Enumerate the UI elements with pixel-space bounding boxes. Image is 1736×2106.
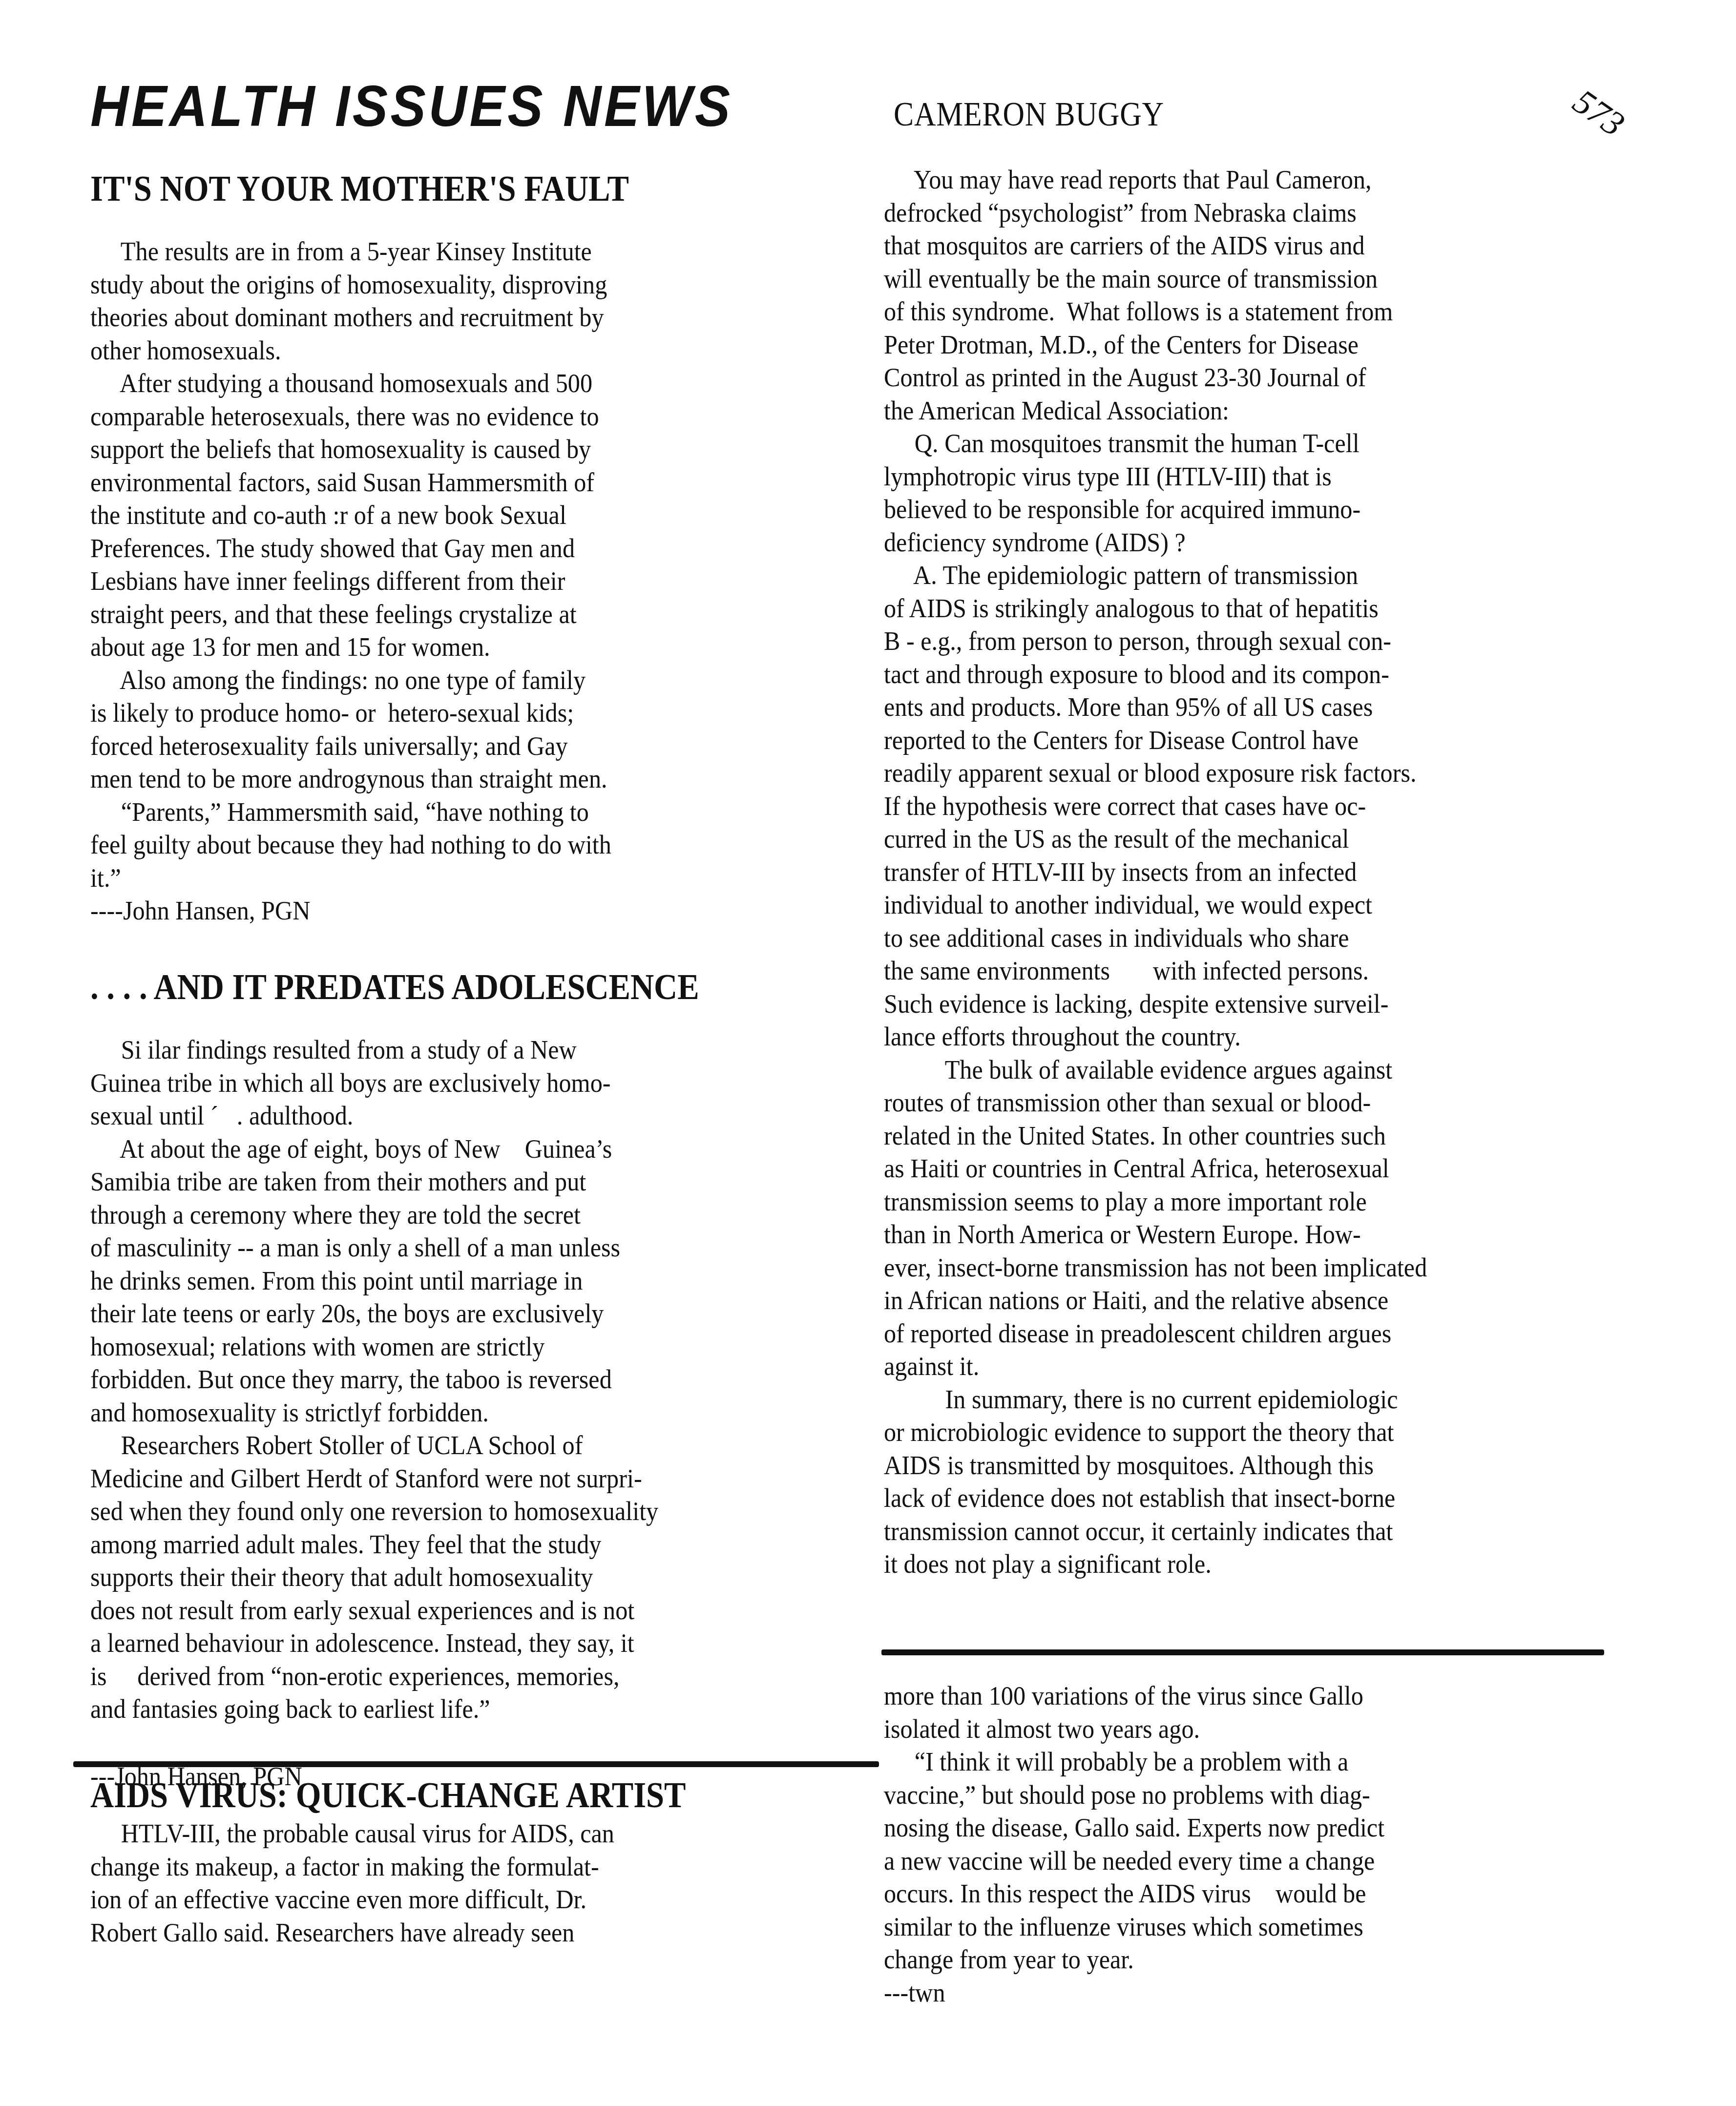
text-line: and homosexuality is strictlyf forbidden… [90,1397,808,1430]
text-line: through a ceremony where they are told t… [90,1199,808,1232]
text-line: occurs. In this respect the AIDS virus w… [884,1877,1583,1911]
text-line: a learned behaviour in adolescence. Inst… [90,1627,808,1660]
text-line: ion of an effective vaccine even more di… [90,1883,808,1917]
text-line: readily apparent sexual or blood exposur… [884,757,1583,790]
text-line: Control as printed in the August 23-30 J… [884,361,1583,395]
text-line: the American Medical Association: [884,395,1583,428]
article-quick-change-continued: more than 100 variations of the virus si… [884,1680,1636,2009]
section-divider [73,1761,879,1767]
text-line: change its makeup, a factor in making th… [90,1851,808,1884]
text-line: deficiency syndrome (AIDS) ? [884,526,1583,560]
text-line: Peter Drotman, M.D., of the Centers for … [884,329,1583,362]
text-line: The results are in from a 5-year Kinsey … [90,235,808,269]
text-line: lack of evidence does not establish that… [884,1482,1583,1515]
text-line: support the beliefs that homosexuality i… [90,433,808,466]
text-line: of this syndrome. What follows is a stat… [884,295,1583,329]
text-line: or microbiologic evidence to support the… [884,1416,1583,1449]
text-line: as Haiti or countries in Central Africa,… [884,1152,1583,1186]
text-line: Robert Gallo said. Researchers have alre… [90,1917,808,1950]
text-line: transmission cannot occur, it certainly … [884,1515,1583,1548]
text-line: that mosquitos are carriers of the AIDS … [884,229,1583,263]
text-line: it does not play a significant role. [884,1548,1583,1581]
article-cameron-buggy: You may have read reports that Paul Came… [884,164,1636,1581]
text-line: lance efforts throughout the country. [884,1021,1583,1054]
text-line: B - e.g., from person to person, through… [884,625,1583,658]
text-line: sed when they found only one reversion t… [90,1495,808,1528]
text-line: routes of transmission other than sexual… [884,1086,1583,1120]
text-line: HTLV-III, the probable causal virus for … [90,1817,808,1851]
text-line: it.” [90,862,808,895]
text-line: ever, insect-borne transmission has not … [884,1251,1583,1285]
text-line: vaccine,” but should pose no problems wi… [884,1779,1583,1812]
text-line: among married adult males. They feel tha… [90,1528,808,1562]
text-line: Samibia tribe are taken from their mothe… [90,1166,808,1199]
text-line: reported to the Centers for Disease Cont… [884,724,1583,757]
text-line: individual to another individual, we wou… [884,889,1583,922]
article-body: Si ilar findings resulted from a study o… [90,1034,808,1726]
text-line: men tend to be more androgynous than str… [90,763,808,796]
text-line: he drinks semen. From this point until m… [90,1265,808,1298]
text-line: more than 100 variations of the virus si… [884,1680,1583,1713]
text-line: theories about dominant mothers and recr… [90,301,808,334]
text-line: is derived from “non-erotic experiences,… [90,1660,808,1693]
text-line: similar to the influenze viruses which s… [884,1911,1583,1944]
text-line: If the hypothesis were correct that case… [884,790,1583,823]
text-line: comparable heterosexuals, there was no e… [90,400,808,434]
text-line: in African nations or Haiti, and the rel… [884,1284,1583,1317]
text-line: the same environments with infected pers… [884,955,1583,988]
text-line: In summary, there is no current epidemio… [884,1383,1583,1417]
text-line: Si ilar findings resulted from a study o… [90,1034,808,1067]
headline-mothers-fault: IT'S NOT YOUR MOTHER'S FAULT [90,171,785,207]
text-line: forbidden. But once they marry, the tabo… [90,1363,808,1397]
text-line: about age 13 for men and 15 for women. [90,631,808,664]
text-line: At about the age of eight, boys of New G… [90,1133,808,1166]
text-line: forced heterosexuality fails universally… [90,730,808,763]
byline: ----John Hansen, PGN [90,895,808,928]
article-body: The results are in from a 5-year Kinsey … [90,235,808,895]
text-line: Lesbians have inner feelings different f… [90,565,808,598]
text-line: Also among the findings: no one type of … [90,664,808,697]
text-line: defrocked “psychologist” from Nebraska c… [884,197,1583,230]
text-line: study about the origins of homosexuality… [90,269,808,302]
text-line: will eventually be the main source of tr… [884,263,1583,296]
text-line: of reported disease in preadolescent chi… [884,1317,1583,1351]
text-line: transmission seems to play a more import… [884,1186,1583,1219]
text-line: homosexual; relations with women are str… [90,1331,808,1364]
text-line: supports their their theory that adult h… [90,1561,808,1594]
text-line: of AIDS is strikingly analogous to that … [884,592,1583,626]
text-line: “Parents,” Hammersmith said, “have nothi… [90,796,808,829]
text-line: lymphotropic virus type III (HTLV-III) t… [884,460,1583,494]
handwritten-page-number: 573 [1566,82,1632,145]
text-line: the institute and co-auth :r of a new bo… [90,499,808,532]
text-line: against it. [884,1350,1583,1383]
headline-quick-change: AIDS VIRUS: QUICK-CHANGE ARTIST [90,1777,785,1814]
text-line: and fantasies going back to earliest lif… [90,1693,808,1726]
text-line: You may have read reports that Paul Came… [884,164,1583,197]
text-line: a new vaccine will be needed every time … [884,1845,1583,1878]
text-line: their late teens or early 20s, the boys … [90,1297,808,1331]
text-line: is likely to produce homo- or hetero-sex… [90,697,808,730]
text-line: curred in the US as the result of the me… [884,823,1583,856]
text-line: Guinea tribe in which all boys are exclu… [90,1067,808,1100]
section-title-cameron-buggy: CAMERON BUGGY [894,95,1164,134]
text-line: “I think it will probably be a problem w… [884,1746,1583,1779]
masthead-title: HEALTH ISSUES NEWS [90,73,733,140]
text-line: transfer of HTLV-III by insects from an … [884,856,1583,889]
text-line: sexual until ´ . adulthood. [90,1100,808,1133]
text-line: ---twn [884,1977,1583,2010]
text-line: believed to be responsible for acquired … [884,493,1583,526]
section-divider [881,1649,1604,1655]
text-line: After studying a thousand homosexuals an… [90,367,808,400]
text-line: Such evidence is lacking, despite extens… [884,988,1583,1021]
text-line: than in North America or Western Europe.… [884,1218,1583,1251]
text-line: ents and products. More than 95% of all … [884,691,1583,724]
text-line: A. The epidemiologic pattern of transmis… [884,559,1583,592]
text-line: change from year to year. [884,1943,1583,1977]
text-line: Medicine and Gilbert Herdt of Stanford w… [90,1462,808,1496]
article-predates-adolescence: . . . . AND IT PREDATES ADOLESCENCE Si i… [90,969,862,1793]
text-line: environmental factors, said Susan Hammer… [90,466,808,500]
text-line: AIDS is transmitted by mosquitoes. Altho… [884,1449,1583,1482]
text-line: isolated it almost two years ago. [884,1713,1583,1746]
text-line: tact and through exposure to blood and i… [884,658,1583,691]
article-mothers-fault: IT'S NOT YOUR MOTHER'S FAULT The results… [90,171,862,928]
text-line: straight peers, and that these feelings … [90,598,808,631]
headline-predates-adolescence: . . . . AND IT PREDATES ADOLESCENCE [90,969,785,1005]
text-line: Preferences. The study showed that Gay m… [90,532,808,565]
article-body: HTLV-III, the probable causal virus for … [90,1817,808,1949]
article-body: You may have read reports that Paul Came… [884,164,1583,1581]
article-body: more than 100 variations of the virus si… [884,1680,1583,2009]
text-line: related in the United States. In other c… [884,1120,1583,1153]
text-line: does not result from early sexual experi… [90,1594,808,1627]
article-quick-change: AIDS VIRUS: QUICK-CHANGE ARTIST HTLV-III… [90,1777,862,1949]
text-line: The bulk of available evidence argues ag… [884,1054,1583,1087]
text-line: feel guilty about because they had nothi… [90,829,808,862]
text-line: Q. Can mosquitoes transmit the human T-c… [884,427,1583,460]
text-line: of masculinity -- a man is only a shell … [90,1231,808,1265]
text-line: Researchers Robert Stoller of UCLA Schoo… [90,1429,808,1462]
text-line: nosing the disease, Gallo said. Experts … [884,1812,1583,1845]
text-line: other homosexuals. [90,334,808,368]
text-line: to see additional cases in individuals w… [884,922,1583,955]
